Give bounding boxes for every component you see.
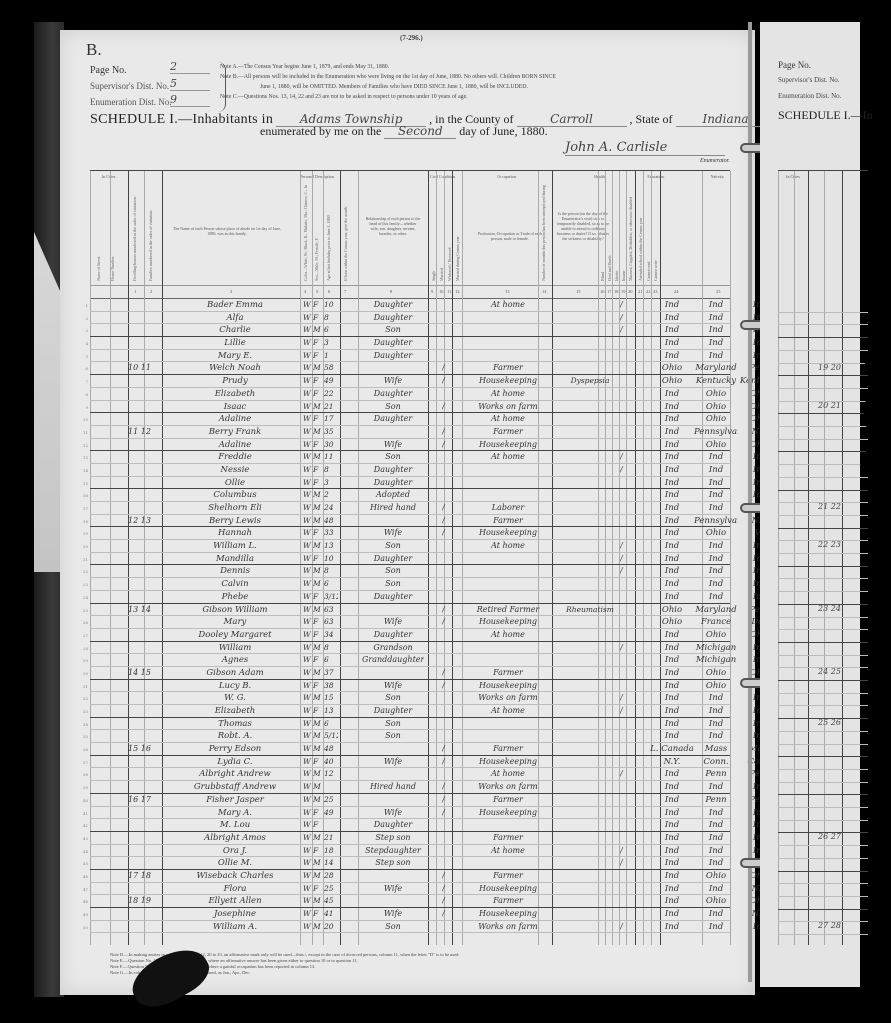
census-page: B. (7-296.) Page No. 2 Supervisor's Dist… bbox=[60, 30, 755, 995]
person-name: Ollie bbox=[170, 478, 300, 488]
rp-dwelling-entry: 21 22 bbox=[818, 502, 841, 511]
relationship-cell: Grandson bbox=[362, 643, 424, 652]
person-name: Ollie M. bbox=[170, 858, 300, 868]
table-row: 610 11Welch NoahWM58/FarmerOhioMarylandP… bbox=[90, 362, 730, 375]
colnum: 8 bbox=[390, 289, 392, 294]
line-number: 43 bbox=[78, 836, 88, 841]
occupation-cell: Laborer bbox=[465, 503, 551, 512]
birthplace-cell: Ind bbox=[650, 478, 694, 488]
birthplace-cell: Ind bbox=[650, 871, 694, 881]
sex-cell: M bbox=[313, 427, 323, 436]
age-cell: 45 bbox=[324, 896, 338, 905]
sex-cell: M bbox=[313, 668, 323, 677]
color-cell: W bbox=[303, 452, 313, 461]
census-table: In Cities. Personal Description. Civil C… bbox=[90, 170, 730, 945]
table-row: 14NessieWF8Daughter/IndIndInd bbox=[90, 464, 730, 477]
occupation-cell: At home bbox=[465, 846, 551, 855]
table-row: 41Mary A.WF49Wife/HousekeepingIndIndInd bbox=[90, 807, 730, 820]
line-number: 40 bbox=[78, 798, 88, 803]
group-civil: Civil Condition. bbox=[428, 174, 458, 179]
table-row: 39Grubbstaff AndrewWMHired hand/Works on… bbox=[90, 781, 730, 794]
supervisor-label: Supervisor's Dist. No. bbox=[90, 81, 169, 91]
rp-dwelling-entry: 19 20 bbox=[818, 363, 841, 372]
line-number: 23 bbox=[78, 582, 88, 587]
line-number: 30 bbox=[78, 671, 88, 676]
occupation-cell: Housekeeping bbox=[465, 528, 551, 537]
person-name: Freddie bbox=[170, 452, 300, 462]
sex-cell: F bbox=[313, 300, 323, 309]
relationship-cell: Daughter bbox=[362, 820, 424, 829]
person-name: Thomas bbox=[170, 719, 300, 729]
age-cell: 8 bbox=[324, 566, 338, 575]
father-birthplace-cell: Penn bbox=[694, 795, 738, 805]
married-mark: / bbox=[442, 909, 450, 918]
married-mark: / bbox=[442, 871, 450, 880]
line-number: 49 bbox=[78, 912, 88, 917]
father-birthplace-cell: Ohio bbox=[694, 681, 738, 691]
father-birthplace-cell: Ind bbox=[694, 541, 738, 551]
father-birthplace-cell: Ind bbox=[694, 579, 738, 589]
table-row: 19HannahWF33Wife/HousekeepingIndOhioVa bbox=[90, 527, 730, 540]
line-number: 3 bbox=[78, 328, 88, 333]
table-row: 38Albright AndrewWM12At home/IndPennPenn bbox=[90, 768, 730, 781]
table-row: 2AlfaWF8Daughter/IndIndInd bbox=[90, 312, 730, 325]
age-cell: 3 bbox=[324, 478, 338, 487]
hdr-family: Families numbered in the order of visita… bbox=[148, 191, 158, 281]
sex-cell: F bbox=[313, 478, 323, 487]
birthplace-cell: Ind bbox=[650, 554, 694, 564]
table-row: 17Shelhorn EliWM24Hired hand/LaborerIndI… bbox=[90, 502, 730, 515]
person-name: Elizabeth bbox=[170, 706, 300, 716]
relationship-cell: Daughter bbox=[362, 338, 424, 347]
father-birthplace-cell: Ind bbox=[694, 503, 738, 513]
father-birthplace-cell: Ind bbox=[694, 884, 738, 894]
person-name: W. G. bbox=[170, 693, 300, 703]
line-number: 8 bbox=[78, 392, 88, 397]
birthplace-cell: Ind bbox=[650, 693, 694, 703]
colnum: 2 bbox=[150, 289, 152, 294]
table-row: 8ElizabethWF22DaughterAt homeIndOhioOhio bbox=[90, 388, 730, 401]
table-row: 24PhebeWF3/12DaughterIndIndInd bbox=[90, 591, 730, 604]
occupation-cell: At home bbox=[465, 389, 551, 398]
father-birthplace-cell: Ind bbox=[694, 719, 738, 729]
person-name: Perry Edson bbox=[170, 744, 300, 754]
table-row: 49JosephineWF41Wife/HousekeepingIndIndN.… bbox=[90, 908, 730, 921]
sex-cell: M bbox=[313, 693, 323, 702]
birthplace-cell: Ind bbox=[650, 731, 694, 741]
color-cell: W bbox=[303, 871, 313, 880]
colnum: 5 bbox=[316, 289, 318, 294]
birthplace-cell: Ind bbox=[650, 528, 694, 538]
line-number: 15 bbox=[78, 481, 88, 486]
color-cell: W bbox=[303, 592, 313, 601]
relationship-cell: Daughter bbox=[362, 592, 424, 601]
age-cell: 18 bbox=[324, 846, 338, 855]
person-name: Calvin bbox=[170, 579, 300, 589]
line-number: 19 bbox=[78, 531, 88, 536]
line-number: 22 bbox=[78, 569, 88, 574]
line-number: 41 bbox=[78, 811, 88, 816]
age-cell: 13 bbox=[324, 541, 338, 550]
colnum: 12 bbox=[455, 289, 460, 294]
line-number: 1 bbox=[78, 303, 88, 308]
father-birthplace-cell: Michigan bbox=[694, 655, 738, 665]
married-mark: / bbox=[442, 440, 450, 449]
color-cell: W bbox=[303, 427, 313, 436]
married-mark: / bbox=[442, 605, 450, 614]
age-cell: 17 bbox=[324, 414, 338, 423]
person-name: Albright Andrew bbox=[170, 769, 300, 779]
table-row: 29AgnesWF6GranddaughterIndMichiganInd bbox=[90, 654, 730, 667]
color-cell: W bbox=[303, 338, 313, 347]
occupation-cell: At home bbox=[465, 300, 551, 309]
hdr-cannot-write: Cannot write bbox=[653, 251, 658, 281]
color-cell: W bbox=[303, 643, 313, 652]
father-birthplace-cell: France bbox=[694, 617, 738, 627]
sex-cell: F bbox=[313, 630, 323, 639]
table-row: 26MaryWF63Wife/HousekeepingOhioFranceDel… bbox=[90, 616, 730, 629]
age-cell: 1 bbox=[324, 351, 338, 360]
person-name: Agnes bbox=[170, 655, 300, 665]
relationship-cell: Son bbox=[362, 541, 424, 550]
line-number: 12 bbox=[78, 443, 88, 448]
person-name: Mandilla bbox=[170, 554, 300, 564]
rp-enumeration-label: Enumeration Dist. No. bbox=[778, 92, 841, 100]
birthplace-cell: Ind bbox=[650, 402, 694, 412]
line-number: 42 bbox=[78, 823, 88, 828]
occupation-cell: At home bbox=[465, 630, 551, 639]
relationship-cell: Step son bbox=[362, 858, 424, 867]
school-mark: / bbox=[620, 554, 628, 563]
school-mark: / bbox=[620, 922, 628, 931]
enumeration-line: enumerated by me on the Second day of Ju… bbox=[260, 124, 548, 139]
sex-cell: F bbox=[313, 846, 323, 855]
age-cell: 8 bbox=[324, 643, 338, 652]
relationship-cell: Wife bbox=[362, 808, 424, 817]
line-number: 21 bbox=[78, 557, 88, 562]
occupation-cell: Housekeeping bbox=[465, 909, 551, 918]
occupation-cell: Works on farm bbox=[465, 693, 551, 702]
colnum: 10 bbox=[439, 289, 444, 294]
table-row: 34ThomasWM6SonIndIndInd bbox=[90, 718, 730, 731]
age-cell: 40 bbox=[324, 757, 338, 766]
age-cell: 6 bbox=[324, 325, 338, 334]
line-number: 47 bbox=[78, 887, 88, 892]
sex-cell: F bbox=[313, 554, 323, 563]
father-birthplace-cell: Ohio bbox=[694, 389, 738, 399]
father-birthplace-cell: Ohio bbox=[694, 414, 738, 424]
married-mark: / bbox=[442, 757, 450, 766]
dwelling-family-number: 10 11 bbox=[128, 363, 158, 372]
father-birthplace-cell: Ind bbox=[694, 300, 738, 310]
school-mark: / bbox=[620, 706, 628, 715]
sex-cell: M bbox=[313, 402, 323, 411]
color-cell: W bbox=[303, 655, 313, 664]
age-cell: 11 bbox=[324, 452, 338, 461]
rp-dwelling-entry: 26 27 bbox=[818, 832, 841, 841]
color-cell: W bbox=[303, 757, 313, 766]
father-birthplace-cell: Ohio bbox=[694, 528, 738, 538]
colnum: 9 bbox=[431, 289, 433, 294]
table-row: 44Ora J.WF18StepdaughterAt home/IndIndIn… bbox=[90, 845, 730, 858]
table-row: 45Ollie M.WM14Step son/IndIndInd bbox=[90, 857, 730, 870]
state-label: , State of bbox=[630, 112, 673, 126]
birthplace-cell: Ind bbox=[650, 769, 694, 779]
sex-cell: M bbox=[313, 744, 323, 753]
rp-dwelling-entry: 25 26 bbox=[818, 718, 841, 727]
table-row: 9IsaacWM21Son/Works on farmIndOhioOhio bbox=[90, 401, 730, 414]
age-cell: 3/12 bbox=[324, 592, 338, 601]
age-cell: 48 bbox=[324, 744, 338, 753]
father-birthplace-cell: Ind bbox=[694, 554, 738, 564]
colnum: 18 bbox=[614, 289, 619, 294]
occupation-cell: Housekeeping bbox=[465, 376, 551, 385]
color-cell: W bbox=[303, 376, 313, 385]
color-cell: W bbox=[303, 719, 313, 728]
hdr-month: If born within the Census year, give the… bbox=[343, 185, 351, 281]
color-cell: W bbox=[303, 731, 313, 740]
relationship-cell: Daughter bbox=[362, 630, 424, 639]
birthplace-cell: Ind bbox=[650, 706, 694, 716]
relationship-cell: Daughter bbox=[362, 300, 424, 309]
colnum: 13 bbox=[505, 289, 510, 294]
dwelling-family-number: 15 16 bbox=[128, 744, 158, 753]
person-name: Hannah bbox=[170, 528, 300, 538]
birthplace-cell: Ind bbox=[650, 681, 694, 691]
occupation-cell: Farmer bbox=[465, 871, 551, 880]
sex-cell: F bbox=[313, 808, 323, 817]
group-in-cities: In Cities. bbox=[90, 174, 128, 179]
table-row: 20William L.WM13SonAt home/IndIndInd bbox=[90, 540, 730, 553]
table-row: 1812 13Berry LewisWM48/FarmerIndPennsylv… bbox=[90, 515, 730, 528]
married-mark: / bbox=[442, 896, 450, 905]
line-number: 20 bbox=[78, 544, 88, 549]
married-mark: / bbox=[442, 808, 450, 817]
table-row: 23CalvinWM6SonIndIndInd bbox=[90, 578, 730, 591]
table-row: 15OllieWF3DaughterIndIndInd bbox=[90, 477, 730, 490]
line-number: 13 bbox=[78, 455, 88, 460]
age-cell: 41 bbox=[324, 909, 338, 918]
father-birthplace-cell: Ind bbox=[694, 782, 738, 792]
birthplace-cell: Ind bbox=[650, 313, 694, 323]
age-cell: 63 bbox=[324, 617, 338, 626]
person-name: Dennis bbox=[170, 566, 300, 576]
person-name: Adaline bbox=[170, 440, 300, 450]
colnum: 20 bbox=[628, 289, 633, 294]
person-name: Nessie bbox=[170, 465, 300, 475]
sex-cell: F bbox=[313, 655, 323, 664]
sex-cell: M bbox=[313, 579, 323, 588]
table-row: 10AdalineWF17DaughterAt homeIndOhioOhio bbox=[90, 413, 730, 426]
birthplace-cell: Ind bbox=[650, 351, 694, 361]
colnum: 7 bbox=[344, 289, 346, 294]
person-name: Columbus bbox=[170, 490, 300, 500]
line-number: 38 bbox=[78, 772, 88, 777]
age-cell: 10 bbox=[324, 300, 338, 309]
person-name: Albright Amos bbox=[170, 833, 300, 843]
health-cell: Dyspepsia bbox=[555, 376, 625, 385]
sex-cell: M bbox=[313, 719, 323, 728]
color-cell: W bbox=[303, 693, 313, 702]
column-numbers: 1 2 3 4 5 6 7 8 9 10 11 12 13 14 15 16 1… bbox=[90, 285, 730, 299]
table-row: 4016 17Fisher JasperWM25/FarmerIndPennPe… bbox=[90, 794, 730, 807]
color-cell: W bbox=[303, 846, 313, 855]
relationship-cell: Hired hand bbox=[362, 782, 424, 791]
occupation-cell: Farmer bbox=[465, 833, 551, 842]
person-name: Lydia C. bbox=[170, 757, 300, 767]
age-cell: 13 bbox=[324, 706, 338, 715]
table-body: 1Bader EmmaWF10DaughterAt home/IndIndInd… bbox=[90, 299, 730, 933]
line-number: 26 bbox=[78, 620, 88, 625]
color-cell: W bbox=[303, 490, 313, 499]
occupation-cell: Farmer bbox=[465, 795, 551, 804]
relationship-cell: Son bbox=[362, 731, 424, 740]
birthplace-cell: Ind bbox=[650, 452, 694, 462]
relationship-cell: Wife bbox=[362, 757, 424, 766]
age-cell: 48 bbox=[324, 516, 338, 525]
birthplace-cell: Ind bbox=[650, 592, 694, 602]
married-mark: / bbox=[442, 503, 450, 512]
age-cell: 24 bbox=[324, 503, 338, 512]
married-mark: / bbox=[442, 795, 450, 804]
relationship-cell: Son bbox=[362, 579, 424, 588]
person-name: M. Lou bbox=[170, 820, 300, 830]
rp-dwelling-entry: 20 21 bbox=[818, 401, 841, 410]
color-cell: W bbox=[303, 516, 313, 525]
occupation-cell: Works on farm bbox=[465, 782, 551, 791]
table-row: 13FreddieWM11SonAt home/IndIndInd bbox=[90, 451, 730, 464]
sex-cell: F bbox=[313, 592, 323, 601]
person-name: Mary A. bbox=[170, 808, 300, 818]
age-cell: 6 bbox=[324, 719, 338, 728]
birthplace-cell: Ohio bbox=[650, 363, 694, 373]
hdr-color: Color—White, W.; Black, B.; Mulatto, Mu.… bbox=[303, 185, 311, 281]
color-cell: W bbox=[303, 922, 313, 931]
line-number: 50 bbox=[78, 925, 88, 930]
line-number: 46 bbox=[78, 874, 88, 879]
father-birthplace-cell: Ohio bbox=[694, 630, 738, 640]
header-notes: Note A.—The Census Year begins June 1, 1… bbox=[220, 62, 740, 102]
rp-dwelling-entry: 22 23 bbox=[818, 540, 841, 549]
school-mark: / bbox=[620, 325, 628, 334]
birthplace-cell: Ind bbox=[650, 440, 694, 450]
table-row: 5Mary E.WF1DaughterIndIndInd bbox=[90, 350, 730, 363]
line-number: 29 bbox=[78, 658, 88, 663]
sex-cell: F bbox=[313, 351, 323, 360]
colnum: 15 bbox=[576, 289, 581, 294]
line-number: 28 bbox=[78, 646, 88, 651]
birthplace-cell: Ind bbox=[650, 503, 694, 513]
birthplace-cell: Ohio bbox=[650, 617, 694, 627]
page-no-label: Page No. bbox=[90, 65, 127, 76]
table-row: 27Dooley MargaretWF34DaughterAt homeIndO… bbox=[90, 629, 730, 642]
dwelling-family-number: 17 18 bbox=[128, 871, 158, 880]
father-birthplace-cell: Ind bbox=[694, 833, 738, 843]
father-birthplace-cell: Michigan bbox=[694, 643, 738, 653]
table-row: 3615 16Perry EdsonWM48/FarmerL. CanadaMa… bbox=[90, 743, 730, 756]
sex-cell: F bbox=[313, 820, 323, 829]
age-cell: 8 bbox=[324, 313, 338, 322]
father-birthplace-cell: Ind bbox=[694, 693, 738, 703]
table-row: 2513 14Gibson WilliamWM63/Retired Farmer… bbox=[90, 604, 730, 617]
birthplace-cell: L. Canada bbox=[650, 744, 694, 754]
relationship-cell: Daughter bbox=[362, 351, 424, 360]
birthplace-cell: Ind bbox=[650, 884, 694, 894]
birthplace-cell: Ind bbox=[650, 896, 694, 906]
age-cell: 49 bbox=[324, 376, 338, 385]
birthplace-cell: Ind bbox=[650, 325, 694, 335]
father-birthplace-cell: Ind bbox=[694, 490, 738, 500]
married-mark: / bbox=[442, 516, 450, 525]
relationship-cell: Stepdaughter bbox=[362, 846, 424, 855]
colnum: 24 bbox=[674, 289, 679, 294]
father-birthplace-cell: Mass bbox=[694, 744, 738, 754]
occupation-cell: Farmer bbox=[465, 427, 551, 436]
sex-cell: F bbox=[313, 440, 323, 449]
birthplace-cell: Ind bbox=[650, 414, 694, 424]
occupation-cell: Works on farm bbox=[465, 402, 551, 411]
line-number: 24 bbox=[78, 595, 88, 600]
birthplace-cell: Ind bbox=[650, 846, 694, 856]
group-personal: Personal Description. bbox=[295, 174, 340, 179]
table-row: 4818 19Ellyett AllenWM45/FarmerIndOhioOh… bbox=[90, 895, 730, 908]
person-name: Shelhorn Eli bbox=[170, 503, 300, 513]
sex-cell: M bbox=[313, 769, 323, 778]
group-health: Health. bbox=[560, 174, 640, 179]
color-cell: W bbox=[303, 579, 313, 588]
line-number: 9 bbox=[78, 405, 88, 410]
school-mark: / bbox=[620, 313, 628, 322]
table-row: 28WilliamWM8Grandson/IndMichiganInd bbox=[90, 642, 730, 655]
father-birthplace-cell: Kentucky bbox=[694, 376, 738, 386]
sex-cell: F bbox=[313, 909, 323, 918]
school-mark: / bbox=[620, 452, 628, 461]
occupation-cell: Housekeeping bbox=[465, 884, 551, 893]
color-cell: W bbox=[303, 820, 313, 829]
hdr-dwelling: Dwelling-houses numbered in the order of… bbox=[132, 191, 142, 281]
birthplace-cell: Ind bbox=[650, 719, 694, 729]
birthplace-cell: Ind bbox=[650, 389, 694, 399]
age-cell: 15 bbox=[324, 693, 338, 702]
relationship-cell: Son bbox=[362, 719, 424, 728]
rp-schedule-title: SCHEDULE I.—In bbox=[778, 108, 873, 123]
colnum: 4 bbox=[304, 289, 306, 294]
color-cell: W bbox=[303, 478, 313, 487]
sex-cell: F bbox=[313, 681, 323, 690]
occupation-cell: At home bbox=[465, 541, 551, 550]
sex-cell: M bbox=[313, 452, 323, 461]
age-cell: 37 bbox=[324, 668, 338, 677]
supervisor-value: 5 bbox=[170, 77, 210, 91]
sex-cell: M bbox=[313, 566, 323, 575]
color-cell: W bbox=[303, 833, 313, 842]
person-name: Dooley Margaret bbox=[170, 630, 300, 640]
occupation-cell: Farmer bbox=[465, 744, 551, 753]
facing-page: Page No. Supervisor's Dist. No. Enumerat… bbox=[760, 22, 860, 987]
sex-cell: M bbox=[313, 871, 323, 880]
age-cell: 25 bbox=[324, 884, 338, 893]
relationship-cell: Son bbox=[362, 566, 424, 575]
color-cell: W bbox=[303, 440, 313, 449]
birthplace-cell: Ind bbox=[650, 579, 694, 589]
line-number: 16 bbox=[78, 493, 88, 498]
occupation-cell: At home bbox=[465, 452, 551, 461]
birthplace-cell: Ind bbox=[650, 338, 694, 348]
relationship-cell: Daughter bbox=[362, 389, 424, 398]
hdr-maimed: Maimed, Crippled, Bedridden, or otherwis… bbox=[628, 185, 635, 281]
hdr-street: Name of Street. bbox=[96, 221, 101, 281]
table-row: 21MandillaWF10Daughter/IndIndInd bbox=[90, 553, 730, 566]
